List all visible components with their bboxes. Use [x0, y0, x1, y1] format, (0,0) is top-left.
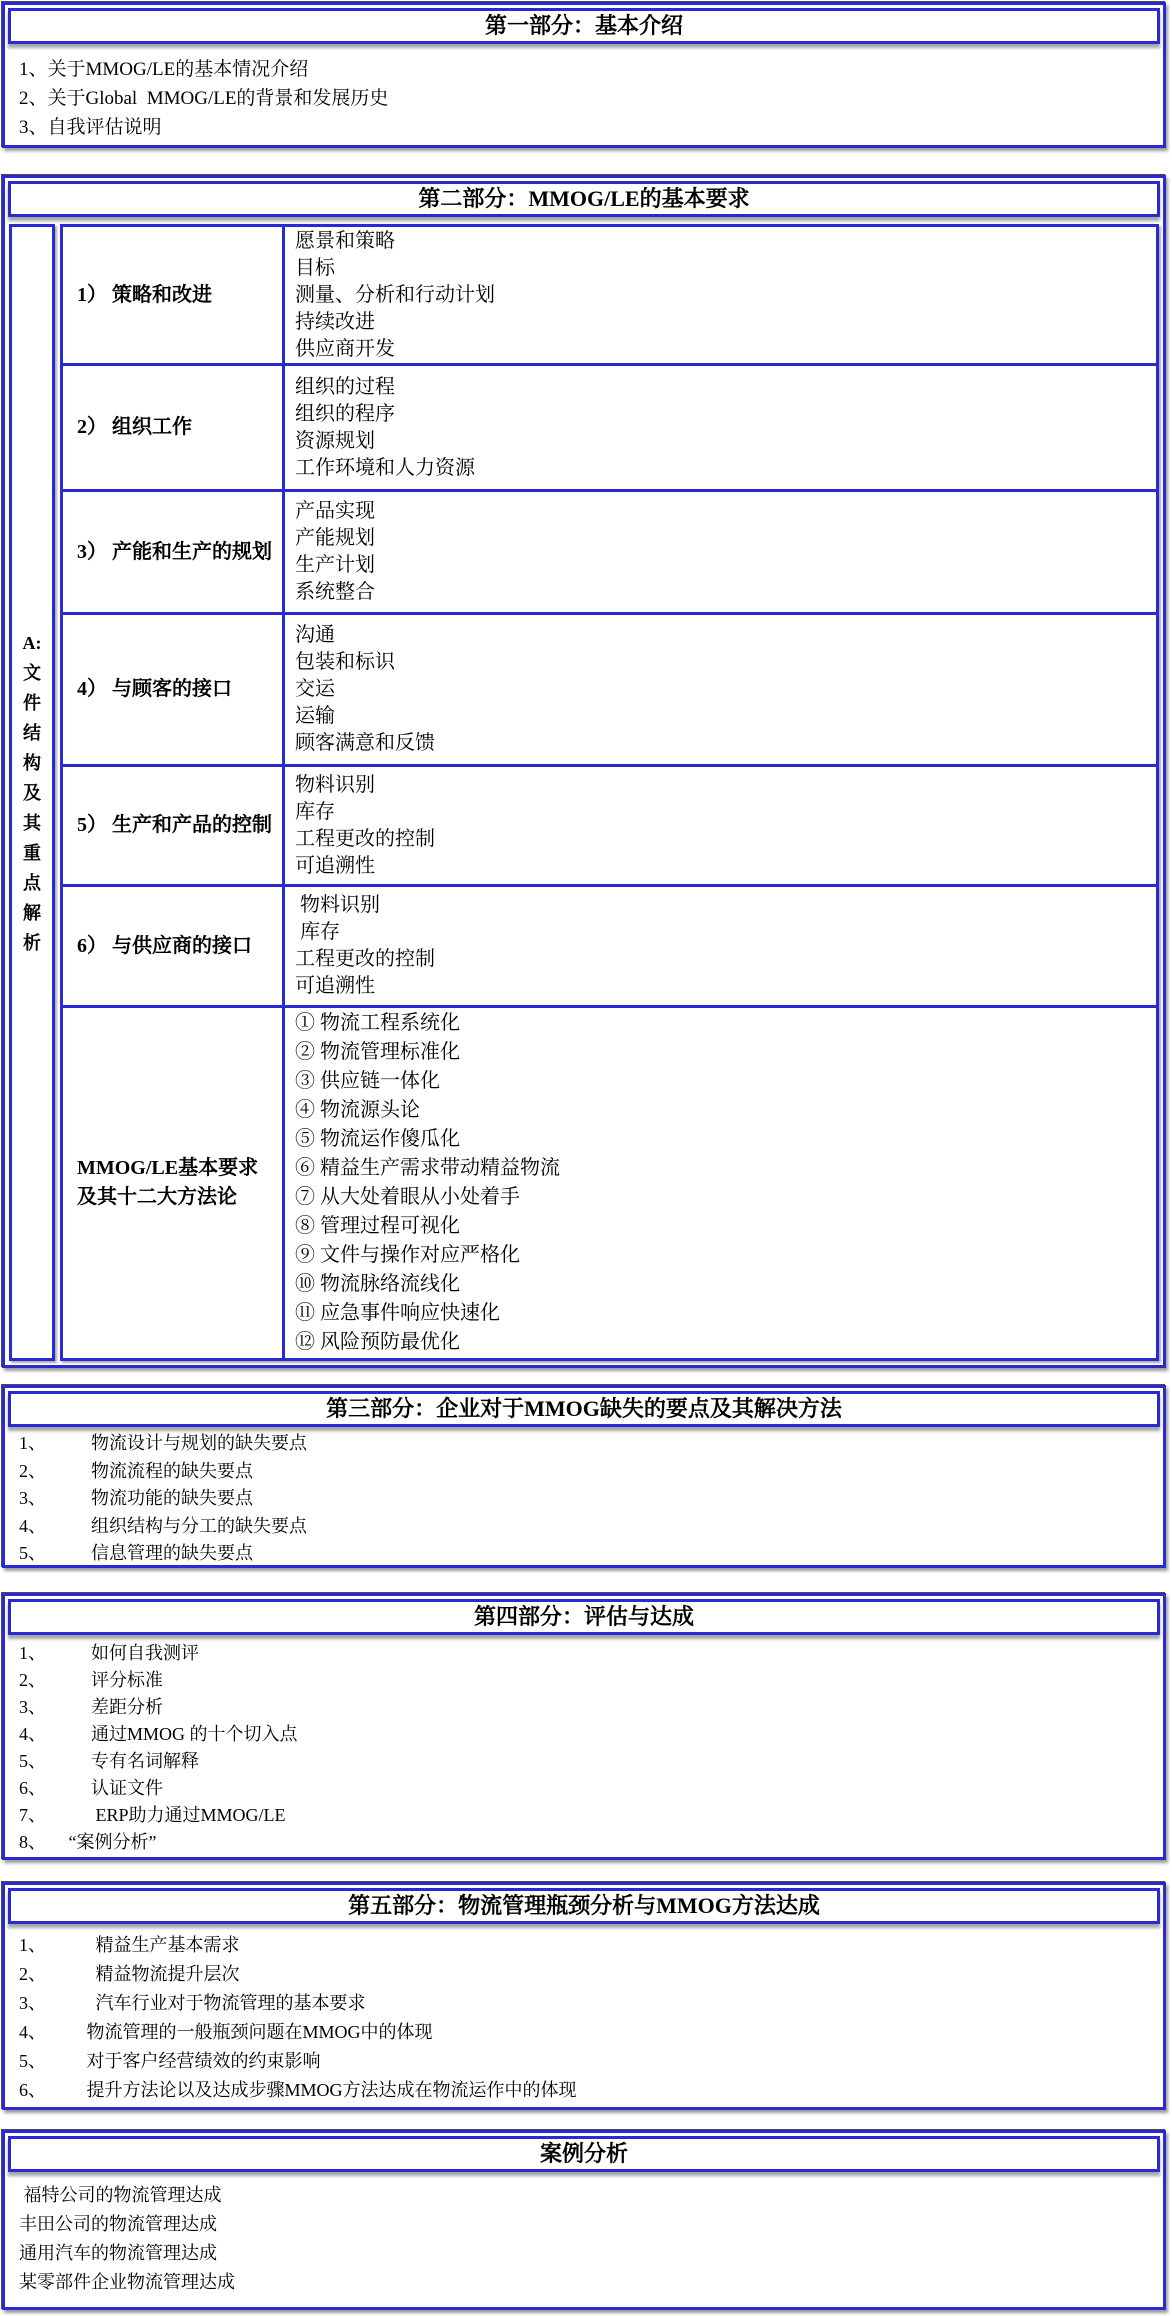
text-line: 顾客满意和反馈 — [295, 730, 1146, 757]
text-line: 结 — [23, 718, 41, 748]
row-label: 4） 与顾客的接口 — [63, 615, 285, 764]
text-line: A: — [23, 628, 42, 658]
side-label-column: A:文件结构及其重点解析 — [9, 224, 55, 1361]
row-label: 6） 与供应商的接口 — [63, 887, 285, 1005]
section-part1-header: 第一部分：基本介绍 — [8, 8, 1160, 44]
text-line: 沟通 — [295, 622, 1146, 649]
text-line: 3、 物流功能的缺失要点 — [19, 1485, 1149, 1513]
text-line: 福特公司的物流管理达成 — [19, 2181, 1149, 2210]
text-line: 包装和标识 — [295, 649, 1146, 676]
text-line: 5、 专有名词解释 — [19, 1748, 1149, 1775]
row-details: 产品实现产能规划生产计划系统整合 — [285, 492, 1156, 612]
text-line: 解 — [23, 898, 41, 928]
row-details: ① 物流工程系统化② 物流管理标准化③ 供应链一体化④ 物流源头论⑤ 物流运作傻… — [285, 1008, 1156, 1358]
text-line: 1、关于MMOG/LE的基本情况介绍 — [19, 55, 1149, 84]
text-line: 供应商开发 — [295, 336, 1146, 363]
section-part4-title: 第四部分：评估与达成 — [474, 1604, 694, 1629]
text-line: 库存 — [295, 799, 1146, 826]
text-line: 通用汽车的物流管理达成 — [19, 2239, 1149, 2268]
text-line: 及其十二大方法论 — [77, 1183, 276, 1212]
text-line: ⑫ 风险预防最优化 — [295, 1328, 1146, 1357]
table-row-methodology: MMOG/LE基本要求及其十二大方法论 ① 物流工程系统化② 物流管理标准化③ … — [63, 1008, 1156, 1358]
text-line: 1、 精益生产基本需求 — [19, 1931, 1149, 1960]
text-line: MMOG/LE基本要求 — [77, 1154, 276, 1183]
text-line: 2、关于Global MMOG/LE的背景和发展历史 — [19, 84, 1149, 113]
text-line: 资源规划 — [295, 428, 1146, 455]
text-line: 1、 如何自我测评 — [19, 1640, 1149, 1667]
row-label: MMOG/LE基本要求及其十二大方法论 — [63, 1008, 285, 1358]
text-line: 库存 — [295, 919, 1146, 946]
text-line: 5、 对于客户经营绩效的约束影响 — [19, 2047, 1149, 2076]
text-line: 3、自我评估说明 — [19, 113, 1149, 142]
text-line: 8、 “案例分析” — [19, 1829, 1149, 1856]
section-part5-header: 第五部分：物流管理瓶颈分析与MMOG方法达成 — [8, 1888, 1160, 1924]
text-line: 2、 精益物流提升层次 — [19, 1960, 1149, 1989]
text-line: 5、 信息管理的缺失要点 — [19, 1540, 1149, 1568]
text-line: 2、 物流流程的缺失要点 — [19, 1458, 1149, 1486]
text-line: 产能规划 — [295, 525, 1146, 552]
text-line: ⑦ 从大处着眼从小处着手 — [295, 1183, 1146, 1212]
text-line: 3、 汽车行业对于物流管理的基本要求 — [19, 1989, 1149, 2018]
text-line: 测量、分析和行动计划 — [295, 282, 1146, 309]
text-line: 工程更改的控制 — [295, 946, 1146, 973]
text-line: 点 — [23, 868, 41, 898]
section-part2-title: 第二部分：MMOG/LE的基本要求 — [418, 186, 749, 211]
text-line: 构 — [23, 748, 41, 778]
section-part1-title: 第一部分：基本介绍 — [485, 13, 683, 38]
text-line: ① 物流工程系统化 — [295, 1009, 1146, 1038]
table-row: 1） 策略和改进 愿景和策略目标测量、分析和行动计划持续改进供应商开发 — [63, 227, 1156, 366]
text-line: 6、 认证文件 — [19, 1775, 1149, 1802]
text-line: 重 — [23, 838, 41, 868]
text-line: 工程更改的控制 — [295, 826, 1146, 853]
table-row: 6） 与供应商的接口 物料识别 库存工程更改的控制可追溯性 — [63, 887, 1156, 1008]
text-line: 某零部件企业物流管理达成 — [19, 2268, 1149, 2297]
section-case-title: 案例分析 — [540, 2141, 628, 2166]
section-case-header: 案例分析 — [8, 2136, 1160, 2172]
text-line: 可追溯性 — [295, 853, 1146, 880]
text-line: ⑧ 管理过程可视化 — [295, 1212, 1146, 1241]
text-line: 7、 ERP助力通过MMOG/LE — [19, 1802, 1149, 1829]
text-line: 工作环境和人力资源 — [295, 455, 1146, 482]
row-label: 2） 组织工作 — [63, 366, 285, 489]
text-line: 4、 通过MMOG 的十个切入点 — [19, 1721, 1149, 1748]
table-row: 2） 组织工作 组织的过程组织的程序资源规划工作环境和人力资源 — [63, 366, 1156, 492]
row-details: 愿景和策略目标测量、分析和行动计划持续改进供应商开发 — [285, 227, 1156, 363]
text-line: 组织的程序 — [295, 401, 1146, 428]
section-part3-header: 第三部分：企业对于MMOG缺失的要点及其解决方法 — [8, 1391, 1160, 1427]
text-line: ⑪ 应急事件响应快速化 — [295, 1299, 1146, 1328]
text-line: 及 — [23, 778, 41, 808]
text-line: ⑥ 精益生产需求带动精益物流 — [295, 1154, 1146, 1183]
text-line: ④ 物流源头论 — [295, 1096, 1146, 1125]
text-line: 物料识别 — [295, 772, 1146, 799]
section-part2: 第二部分：MMOG/LE的基本要求 A:文件结构及其重点解析 1） 策略和改进 … — [2, 175, 1166, 1368]
text-line: 其 — [23, 808, 41, 838]
row-label: 1） 策略和改进 — [63, 227, 285, 363]
text-line: 目标 — [295, 255, 1146, 282]
section-case-items: 福特公司的物流管理达成丰田公司的物流管理达成通用汽车的物流管理达成某零部件企业物… — [5, 2175, 1163, 2307]
row-label: 3） 产能和生产的规划 — [63, 492, 285, 612]
table-row: 4） 与顾客的接口 沟通包装和标识交运运输顾客满意和反馈 — [63, 615, 1156, 767]
text-line: ③ 供应链一体化 — [295, 1067, 1146, 1096]
text-line: 物料识别 — [295, 892, 1146, 919]
text-line: 运输 — [295, 703, 1146, 730]
section-part4-header: 第四部分：评估与达成 — [8, 1599, 1160, 1635]
section-part2-header: 第二部分：MMOG/LE的基本要求 — [8, 181, 1160, 217]
section-case-analysis: 案例分析 福特公司的物流管理达成丰田公司的物流管理达成通用汽车的物流管理达成某零… — [2, 2130, 1166, 2310]
text-line: 4、 组织结构与分工的缺失要点 — [19, 1513, 1149, 1541]
requirements-table: 1） 策略和改进 愿景和策略目标测量、分析和行动计划持续改进供应商开发 2） 组… — [60, 224, 1159, 1361]
text-line: 4、 物流管理的一般瓶颈问题在MMOG中的体现 — [19, 2018, 1149, 2047]
section-part3-items: 1、 物流设计与规划的缺失要点2、 物流流程的缺失要点3、 物流功能的缺失要点4… — [5, 1430, 1163, 1572]
section-part5-items: 1、 精益生产基本需求2、 精益物流提升层次3、 汽车行业对于物流管理的基本要求… — [5, 1927, 1163, 2109]
text-line: 可追溯性 — [295, 973, 1146, 1000]
row-details: 组织的过程组织的程序资源规划工作环境和人力资源 — [285, 366, 1156, 489]
section-part5-title: 第五部分：物流管理瓶颈分析与MMOG方法达成 — [348, 1893, 820, 1918]
text-line: 交运 — [295, 676, 1146, 703]
row-label: 5） 生产和产品的控制 — [63, 767, 285, 884]
text-line: 3、 差距分析 — [19, 1694, 1149, 1721]
section-part3-title: 第三部分：企业对于MMOG缺失的要点及其解决方法 — [326, 1396, 842, 1421]
text-line: 6、 提升方法论以及达成步骤MMOG方法达成在物流运作中的体现 — [19, 2076, 1149, 2105]
table-row: 5） 生产和产品的控制 物料识别库存工程更改的控制可追溯性 — [63, 767, 1156, 887]
text-line: ⑤ 物流运作傻瓜化 — [295, 1125, 1146, 1154]
text-line: 持续改进 — [295, 309, 1146, 336]
text-line: 愿景和策略 — [295, 228, 1146, 255]
section-part4: 第四部分：评估与达成 1、 如何自我测评2、 评分标准3、 差距分析4、 通过M… — [2, 1593, 1166, 1860]
text-line: 组织的过程 — [295, 374, 1146, 401]
table-row: 3） 产能和生产的规划 产品实现产能规划生产计划系统整合 — [63, 492, 1156, 615]
row-details: 物料识别 库存工程更改的控制可追溯性 — [285, 887, 1156, 1005]
section-part5: 第五部分：物流管理瓶颈分析与MMOG方法达成 1、 精益生产基本需求2、 精益物… — [2, 1882, 1166, 2110]
text-line: 析 — [23, 928, 41, 958]
text-line: 生产计划 — [295, 552, 1146, 579]
section-part4-items: 1、 如何自我测评2、 评分标准3、 差距分析4、 通过MMOG 的十个切入点5… — [5, 1638, 1163, 1860]
text-line: 1、 物流设计与规划的缺失要点 — [19, 1430, 1149, 1458]
row-details: 物料识别库存工程更改的控制可追溯性 — [285, 767, 1156, 884]
section-part3: 第三部分：企业对于MMOG缺失的要点及其解决方法 1、 物流设计与规划的缺失要点… — [2, 1385, 1166, 1568]
section-part1: 第一部分：基本介绍 1、关于MMOG/LE的基本情况介绍2、关于Global M… — [2, 2, 1166, 148]
text-line: ⑨ 文件与操作对应严格化 — [295, 1241, 1146, 1270]
text-line: 系统整合 — [295, 579, 1146, 606]
text-line: ② 物流管理标准化 — [295, 1038, 1146, 1067]
text-line: 文 — [23, 658, 41, 688]
section-part2-table: A:文件结构及其重点解析 1） 策略和改进 愿景和策略目标测量、分析和行动计划持… — [9, 224, 1159, 1361]
text-line: 2、 评分标准 — [19, 1667, 1149, 1694]
text-line: 丰田公司的物流管理达成 — [19, 2210, 1149, 2239]
row-details: 沟通包装和标识交运运输顾客满意和反馈 — [285, 615, 1156, 764]
text-line: 产品实现 — [295, 498, 1146, 525]
text-line: 件 — [23, 688, 41, 718]
section-part1-items: 1、关于MMOG/LE的基本情况介绍2、关于Global MMOG/LE的背景和… — [5, 47, 1163, 146]
text-line: ⑩ 物流脉络流线化 — [295, 1270, 1146, 1299]
